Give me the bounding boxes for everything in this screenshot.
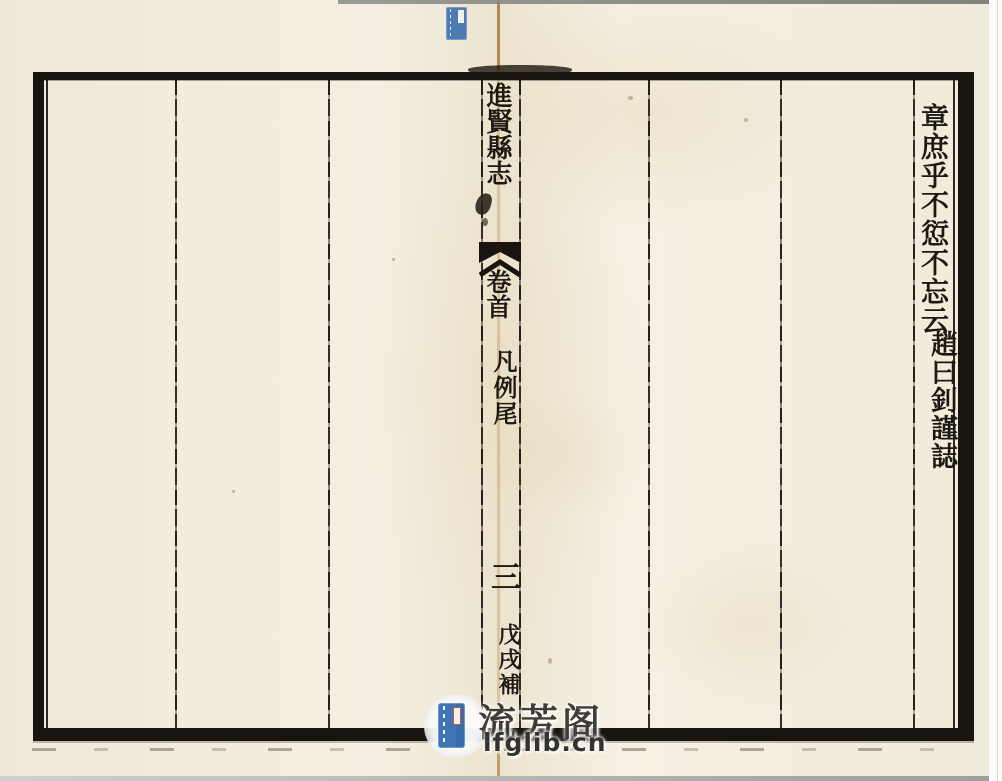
column-divider — [913, 80, 915, 728]
paper-speck — [744, 118, 748, 122]
page-number: 三 — [487, 561, 517, 591]
column-divider — [780, 80, 782, 728]
scanned-book-page: 進賢縣志 卷首 凡例尾 三 戊戌補 章庶乎不愆不忘云 趙曰釗謹誌 流芳阁 lfg… — [0, 0, 1002, 781]
scan-edge-bottom — [0, 776, 1002, 781]
scan-edge-top — [338, 0, 1002, 4]
thread-bound-book-icon — [438, 703, 465, 748]
margin-signature-text: 趙曰釗謹誌 — [928, 330, 955, 470]
column-divider — [648, 80, 650, 728]
scan-edge-right — [989, 0, 1002, 781]
volume-label: 卷首 — [485, 269, 510, 319]
column-divider — [328, 80, 330, 728]
supplement-note: 戊戌補 — [497, 623, 519, 698]
section-label: 凡例尾 — [491, 349, 515, 427]
paper-speck — [232, 490, 235, 493]
ink-smudge — [474, 192, 494, 217]
watermark-book-icon-small — [446, 7, 467, 40]
paper-speck — [392, 258, 395, 261]
paper-stain — [628, 96, 633, 100]
margin-commentary-text: 章庶乎不愆不忘云 — [919, 103, 947, 335]
ink-blot-top-border — [468, 65, 572, 75]
watermark-site-url: lfglib.cn — [483, 728, 607, 757]
paper-stain — [548, 658, 552, 664]
ink-smudge — [482, 218, 488, 226]
book-title: 進賢縣志 — [484, 82, 510, 186]
column-divider — [175, 80, 177, 728]
page-border-left-inner — [46, 80, 48, 728]
page-border-right-outer — [958, 72, 974, 741]
page-border-left-outer — [33, 72, 44, 741]
